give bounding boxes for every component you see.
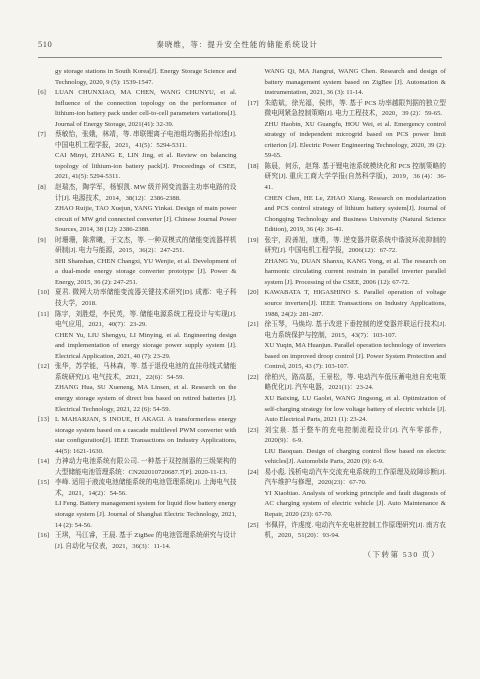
reference-text: CHEN Yu, LIU Shengyu, LI Minying, et al.… bbox=[55, 331, 237, 363]
reference-number: [14] bbox=[38, 457, 55, 478]
header-rule bbox=[38, 57, 442, 58]
reference-body: 陈晨，何乐，赵翔. 基于锂电池系统模块化和 PCS 控制策略的研究[J]. 重庆… bbox=[265, 162, 447, 236]
reference-body: 徐柏兴，路高磊，王景松，等. 电动汽车低压蓄电池自充电策略优化[J]. 汽车电器… bbox=[265, 373, 447, 426]
reference-body: 徐玉琴，马焕均. 基于改进下垂控制的逆变器并联运行技术[J]. 电力系统保护与控… bbox=[265, 320, 447, 373]
reference-number: [8] bbox=[38, 183, 55, 236]
reference-text: XU Baixing, LU Gaolei, WANG Jingsong, et… bbox=[265, 394, 447, 426]
reference-entry: [12]张华，苏学能，马林森，等. 基于退役电池的直挂母线式储能系统研究[J].… bbox=[38, 362, 237, 415]
reference-text: 韦佩祥，许虔度. 电动汽车充电桩控制工作原理研究[J]. 南方农机，2020，5… bbox=[265, 521, 447, 542]
reference-text: 李峰. 适用于液流电池储能系统的电池管理系统[J]. 上海电气技术，2021，1… bbox=[55, 478, 237, 499]
reference-entry: [25]韦佩祥，许虔度. 电动汽车充电桩控制工作原理研究[J]. 南方农机，20… bbox=[248, 521, 447, 542]
reference-number: [25] bbox=[248, 521, 265, 542]
reference-text: ZHANG Hua, SU Xueneng, MA Linsen, et al.… bbox=[55, 383, 237, 415]
reference-body: 蔡敏怡，张娥，林靖，等. 串联锂离子电池组均衡拓扑综述[J]. 中国电机工程学报… bbox=[55, 130, 237, 183]
reference-number: [23] bbox=[248, 426, 265, 468]
reference-text: ZHANG Yu, DUAN Shanxu, KANG Yong, et al.… bbox=[265, 257, 447, 289]
reference-text: 力神动力电池系统有限公司. 一种基于双控制器的三级架构的大型储能电池管理系统：C… bbox=[55, 457, 237, 478]
reference-number: [12] bbox=[38, 362, 55, 415]
reference-entry: [11]陈宇，刘胜煜，李民英，等. 储能电源系统工程设计与实现[J]. 电气应用… bbox=[38, 310, 237, 363]
reference-body: 力神动力电池系统有限公司. 一种基于双控制器的三级架构的大型储能电池管理系统：C… bbox=[55, 457, 237, 478]
reference-text: 张华，苏学能，马林森，等. 基于退役电池的直挂母线式储能系统研究[J]. 电气技… bbox=[55, 362, 237, 383]
reference-entry: [19]张宇，段善旭，康勇，等. 逆变器并联系统中谐波环流抑制的研究[J]. 中… bbox=[248, 236, 447, 289]
reference-text: 王琪，马江睿，王晨. 基于 ZigBee 的电池管理系统研究与设计[J]. 自动… bbox=[55, 531, 237, 552]
reference-body: gy storage stations in South Korea[J]. E… bbox=[55, 67, 237, 88]
reference-number: [18] bbox=[248, 162, 265, 236]
reference-entry: [16]王琪，马江睿，王晨. 基于 ZigBee 的电池管理系统研究与设计[J]… bbox=[38, 531, 237, 552]
reference-entry: gy storage stations in South Korea[J]. E… bbox=[38, 67, 237, 88]
reference-text: 易小彪. 浅析电动汽车交流充电系统的工作原理及故障诊断[J]. 汽车维护与修理，… bbox=[265, 468, 447, 489]
reference-entry: [9]时珊珊，陈常曦，于文杰，等. 一种双模式的储能变流器样机研制[J]. 电力… bbox=[38, 236, 237, 289]
reference-entry: [10]夏君. 微网大功率储能变流器关键技术研究[D]. 成都：电子科技大学，2… bbox=[38, 288, 237, 309]
reference-number: [10] bbox=[38, 288, 55, 309]
reference-text: L MAHARJAN, S INOUE, H AKAGI. A transfor… bbox=[55, 415, 237, 457]
reference-text: 陈宇，刘胜煜，李民英，等. 储能电源系统工程设计与实现[J]. 电气应用，202… bbox=[55, 310, 237, 331]
reference-text: SHI Shanshan, CHEN Changxi, YU Wenjie, e… bbox=[55, 257, 237, 289]
paper-page: 510 秦晓维，等：提升安全性能的储能系统设计 gy storage stati… bbox=[0, 0, 480, 679]
reference-number: [20] bbox=[248, 288, 265, 320]
reference-body: LUAN CHUNXIAO, MA CHEN, WANG CHUNYU, et … bbox=[55, 88, 237, 130]
reference-number bbox=[248, 67, 265, 99]
reference-body: KAWABATA T, HIGASHINO S. Parallel operat… bbox=[265, 288, 447, 320]
reference-number: [7] bbox=[38, 130, 55, 183]
reference-entry: [18]陈晨，何乐，赵翔. 基于锂电池系统模块化和 PCS 控制策略的研究[J]… bbox=[248, 162, 447, 236]
reference-number: [13] bbox=[38, 415, 55, 457]
reference-entry: [15]李峰. 适用于液流电池储能系统的电池管理系统[J]. 上海电气技术，20… bbox=[38, 478, 237, 531]
reference-entry: [20]KAWABATA T, HIGASHINO S. Parallel op… bbox=[248, 288, 447, 320]
page-header: 510 秦晓维，等：提升安全性能的储能系统设计 bbox=[38, 39, 442, 50]
reference-number: [16] bbox=[38, 531, 55, 552]
reference-entry: [17]朱皓斌，徐光福，侯炜，等. 基于 PCS 功率越限判据的独立型微电网紧急… bbox=[248, 99, 447, 162]
reference-text: 赵瑞杰，陶学军，杨银凯. MW 级并网变流器主功率电路的设计[J]. 电源技术，… bbox=[55, 183, 237, 204]
reference-text: 张宇，段善旭，康勇，等. 逆变器并联系统中谐波环流抑制的研究[J]. 中国电机工… bbox=[265, 236, 447, 257]
reference-body: 易小彪. 浅析电动汽车交流充电系统的工作原理及故障诊断[J]. 汽车维护与修理，… bbox=[265, 468, 447, 521]
reference-text: 刘宝泉. 基于整车的充电控制流程设计[J]. 汽车零部件，2020(9)：6-9… bbox=[265, 426, 447, 447]
reference-number: [22] bbox=[248, 373, 265, 426]
references-right-column: WANG Qi, MA Jiangrui, WANG Chen. Researc… bbox=[248, 67, 447, 560]
reference-text: KAWABATA T, HIGASHINO S. Parallel operat… bbox=[265, 288, 447, 320]
page-number: 510 bbox=[38, 39, 52, 49]
reference-body: WANG Qi, MA Jiangrui, WANG Chen. Researc… bbox=[265, 67, 447, 99]
reference-number: [17] bbox=[248, 99, 265, 162]
reference-text: CHEN Chen, HE Le, ZHAO Xiang. Research o… bbox=[265, 194, 447, 236]
reference-text: 蔡敏怡，张娥，林靖，等. 串联锂离子电池组均衡拓扑综述[J]. 中国电机工程学报… bbox=[55, 130, 237, 151]
reference-entry: [8]赵瑞杰，陶学军，杨银凯. MW 级并网变流器主功率电路的设计[J]. 电源… bbox=[38, 183, 237, 236]
continued-on-page-note: （下转第 530 页） bbox=[248, 549, 447, 560]
reference-entry: WANG Qi, MA Jiangrui, WANG Chen. Researc… bbox=[248, 67, 447, 99]
reference-body: 夏君. 微网大功率储能变流器关键技术研究[D]. 成都：电子科技大学，2018. bbox=[55, 288, 237, 309]
reference-entry: [13]L MAHARJAN, S INOUE, H AKAGI. A tran… bbox=[38, 415, 237, 457]
reference-text: 徐柏兴，路高磊，王景松，等. 电动汽车低压蓄电池自充电策略优化[J]. 汽车电器… bbox=[265, 373, 447, 394]
reference-body: 陈宇，刘胜煜，李民英，等. 储能电源系统工程设计与实现[J]. 电气应用，202… bbox=[55, 310, 237, 363]
reference-text: YI Xiaobiao. Analysis of working princip… bbox=[265, 489, 447, 521]
reference-text: ZHU Haobin, XU Guangfu, HOU Wei, et al. … bbox=[265, 120, 447, 162]
references-columns: gy storage stations in South Korea[J]. E… bbox=[38, 67, 446, 560]
reference-text: 夏君. 微网大功率储能变流器关键技术研究[D]. 成都：电子科技大学，2018. bbox=[55, 288, 237, 309]
reference-number: [9] bbox=[38, 236, 55, 289]
reference-entry: [14]力神动力电池系统有限公司. 一种基于双控制器的三级架构的大型储能电池管理… bbox=[38, 457, 237, 478]
reference-body: 刘宝泉. 基于整车的充电控制流程设计[J]. 汽车零部件，2020(9)：6-9… bbox=[265, 426, 447, 468]
reference-text: 陈晨，何乐，赵翔. 基于锂电池系统模块化和 PCS 控制策略的研究[J]. 重庆… bbox=[265, 162, 447, 194]
reference-body: L MAHARJAN, S INOUE, H AKAGI. A transfor… bbox=[55, 415, 237, 457]
reference-body: 王琪，马江睿，王晨. 基于 ZigBee 的电池管理系统研究与设计[J]. 自动… bbox=[55, 531, 237, 552]
reference-number: [11] bbox=[38, 310, 55, 363]
reference-text: CAI Minyi, ZHANG E, LIN Jing, et al. Rev… bbox=[55, 151, 237, 183]
reference-text: LI Feng. Battery management system for l… bbox=[55, 499, 237, 531]
reference-body: 张华，苏学能，马林森，等. 基于退役电池的直挂母线式储能系统研究[J]. 电气技… bbox=[55, 362, 237, 415]
reference-entry: [22]徐柏兴，路高磊，王景松，等. 电动汽车低压蓄电池自充电策略优化[J]. … bbox=[248, 373, 447, 426]
reference-text: 朱皓斌，徐光福，侯炜，等. 基于 PCS 功率越限判据的独立型微电网紧急控制策略… bbox=[265, 99, 447, 120]
reference-entry: [24]易小彪. 浅析电动汽车交流充电系统的工作原理及故障诊断[J]. 汽车维护… bbox=[248, 468, 447, 521]
reference-body: 韦佩祥，许虔度. 电动汽车充电桩控制工作原理研究[J]. 南方农机，2020，5… bbox=[265, 521, 447, 542]
reference-text: 时珊珊，陈常曦，于文杰，等. 一种双模式的储能变流器样机研制[J]. 电力与能源… bbox=[55, 236, 237, 257]
reference-number: [19] bbox=[248, 236, 265, 289]
reference-entry: [21]徐玉琴，马焕均. 基于改进下垂控制的逆变器并联运行技术[J]. 电力系统… bbox=[248, 320, 447, 373]
reference-text: XU Yuqin, MA Huanjun. Parallel operation… bbox=[265, 341, 447, 373]
reference-number: [21] bbox=[248, 320, 265, 373]
reference-text: gy storage stations in South Korea[J]. E… bbox=[55, 67, 237, 88]
reference-body: 赵瑞杰，陶学军，杨银凯. MW 级并网变流器主功率电路的设计[J]. 电源技术，… bbox=[55, 183, 237, 236]
reference-text: 徐玉琴，马焕均. 基于改进下垂控制的逆变器并联运行技术[J]. 电力系统保护与控… bbox=[265, 320, 447, 341]
reference-body: 李峰. 适用于液流电池储能系统的电池管理系统[J]. 上海电气技术，2021，1… bbox=[55, 478, 237, 531]
reference-number: [6] bbox=[38, 88, 55, 130]
reference-text: WANG Qi, MA Jiangrui, WANG Chen. Researc… bbox=[265, 67, 447, 99]
reference-entry: [23]刘宝泉. 基于整车的充电控制流程设计[J]. 汽车零部件，2020(9)… bbox=[248, 426, 447, 468]
reference-text: LUAN CHUNXIAO, MA CHEN, WANG CHUNYU, et … bbox=[55, 88, 237, 130]
reference-body: 张宇，段善旭，康勇，等. 逆变器并联系统中谐波环流抑制的研究[J]. 中国电机工… bbox=[265, 236, 447, 289]
reference-text: LIU Baoquan. Design of charging control … bbox=[265, 447, 447, 468]
reference-number bbox=[38, 67, 55, 88]
reference-body: 朱皓斌，徐光福，侯炜，等. 基于 PCS 功率越限判据的独立型微电网紧急控制策略… bbox=[265, 99, 447, 162]
reference-text: ZHAO Ruijie, TAO Xuejun, YANG Yinkai. De… bbox=[55, 204, 237, 236]
reference-body: 时珊珊，陈常曦，于文杰，等. 一种双模式的储能变流器样机研制[J]. 电力与能源… bbox=[55, 236, 237, 289]
reference-number: [15] bbox=[38, 478, 55, 531]
reference-entry: [6]LUAN CHUNXIAO, MA CHEN, WANG CHUNYU, … bbox=[38, 88, 237, 130]
running-title: 秦晓维，等：提升安全性能的储能系统设计 bbox=[52, 39, 422, 50]
references-left-column: gy storage stations in South Korea[J]. E… bbox=[38, 67, 237, 560]
reference-entry: [7]蔡敏怡，张娥，林靖，等. 串联锂离子电池组均衡拓扑综述[J]. 中国电机工… bbox=[38, 130, 237, 183]
reference-number: [24] bbox=[248, 468, 265, 521]
